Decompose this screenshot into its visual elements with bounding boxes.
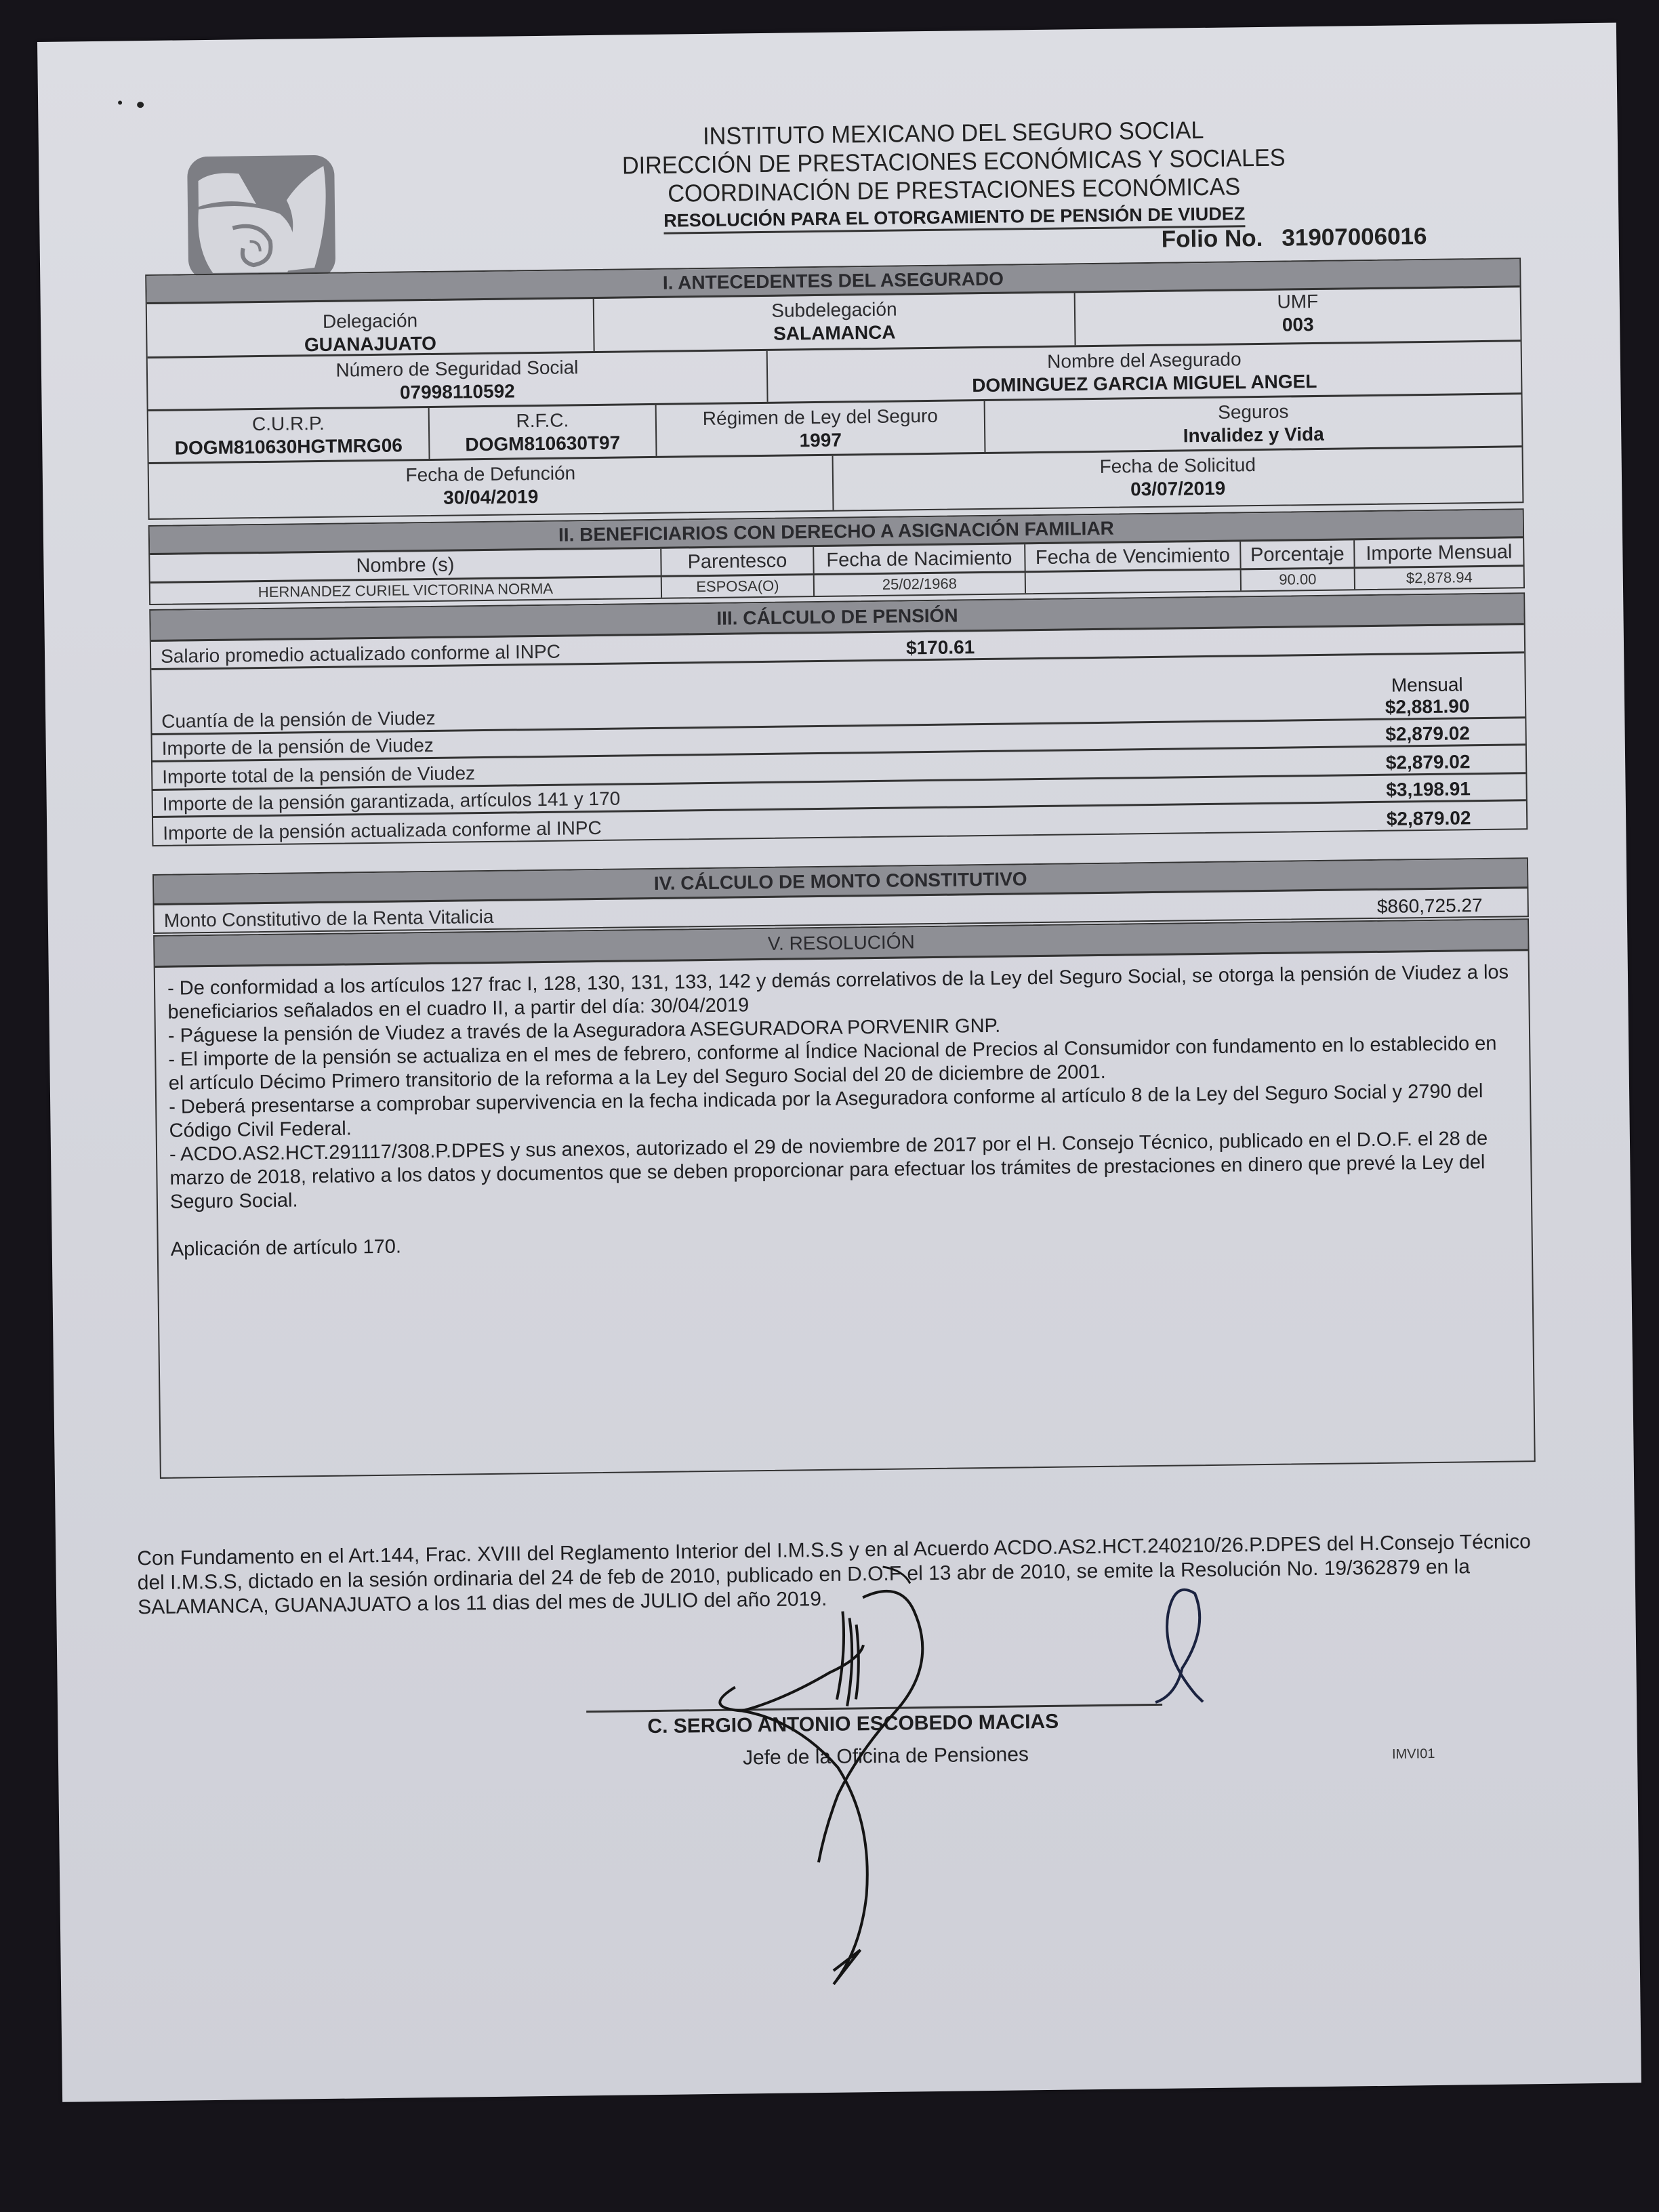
- umf-cell: UMF 003: [1076, 287, 1521, 345]
- importe-total-value: $2,879.02: [1340, 750, 1516, 774]
- resolution-body: - De conformidad a los artículos 127 fra…: [155, 951, 1534, 1477]
- regimen-value: 1997: [661, 427, 980, 454]
- delegacion-cell: Delegación GUANAJUATO: [147, 299, 595, 356]
- column-header: Fecha de Nacimiento: [814, 544, 1025, 573]
- fecha-solicitud-cell: Fecha de Solicitud 03/07/2019: [834, 447, 1523, 510]
- cuantia-label: Cuantía de la pensión de Viudez: [161, 707, 436, 733]
- signer-role: Jefe de la Oficina de Pensiones: [743, 1743, 1029, 1769]
- pension-garantizada-value: $3,198.91: [1340, 777, 1516, 801]
- curp-value: DOGM810630HGTMRG06: [152, 434, 424, 460]
- folio-label: Folio No.: [1161, 225, 1263, 253]
- beneficiary-expiry-date: [1026, 570, 1242, 593]
- rfc-label: R.F.C.: [434, 408, 651, 434]
- beneficiary-birthdate: 25/02/1968: [815, 573, 1026, 596]
- document-title: RESOLUCIÓN PARA EL OTORGAMIENTO DE PENSI…: [663, 202, 1245, 234]
- pension-garantizada-label: Importe de la pensión garantizada, artíc…: [163, 787, 621, 816]
- section-beneficiarios: II. BENEFICIARIOS CON DERECHO A ASIGNACI…: [148, 508, 1525, 605]
- column-header: Importe Mensual: [1355, 538, 1523, 567]
- umf-value: 003: [1080, 310, 1516, 339]
- curp-cell: C.U.R.P. DOGM810630HGTMRG06: [148, 408, 430, 462]
- speck-mark: [137, 102, 144, 108]
- signature-line: [586, 1704, 1162, 1713]
- pension-actualizada-value: $2,879.02: [1340, 806, 1517, 830]
- column-header: Parentesco: [661, 547, 814, 575]
- fecha-defuncion-cell: Fecha de Defunción 30/04/2019: [149, 456, 834, 518]
- form-code: IMVI01: [1392, 1746, 1435, 1763]
- seguros-cell: Seguros Invalidez y Vida: [985, 394, 1522, 452]
- beneficiary-monthly-amount: $2,878.94: [1355, 567, 1523, 589]
- legal-footer: Con Fundamento en el Art.144, Frac. XVII…: [137, 1530, 1561, 1620]
- subdelegacion-value: SALAMANCA: [598, 319, 1070, 348]
- section-resolucion: V. RESOLUCIÓN - De conformidad a los art…: [153, 918, 1536, 1479]
- rfc-value: DOGM810630T97: [434, 431, 651, 457]
- imss-eagle-logo-icon: [184, 152, 338, 283]
- column-header: Nombre (s): [150, 549, 661, 581]
- salario-value: $170.61: [906, 635, 1082, 659]
- section-antecedentes: I. ANTECEDENTES DEL ASEGURADO Delegación…: [145, 258, 1523, 520]
- column-header: Fecha de Vencimiento: [1025, 541, 1241, 571]
- pension-actualizada-label: Importe de la pensión actualizada confor…: [163, 817, 602, 845]
- nss-cell: Número de Seguridad Social 07998110592: [148, 351, 769, 409]
- monto-value: $860,725.27: [1342, 894, 1518, 918]
- folio: Folio No.31907006016: [1161, 223, 1427, 253]
- importe-value: $2,879.02: [1339, 722, 1515, 745]
- signer-name: C. SERGIO ANTONIO ESCOBEDO MACIAS: [647, 1711, 1059, 1738]
- folio-number: 31907006016: [1282, 223, 1427, 251]
- column-header: Porcentaje: [1241, 540, 1355, 568]
- rfc-cell: R.F.C. DOGM810630T97: [430, 405, 657, 459]
- document-page: INSTITUTO MEXICANO DEL SEGURO SOCIAL DIR…: [37, 23, 1641, 2102]
- speck-mark: [118, 100, 122, 104]
- beneficiary-percentage: 90.00: [1242, 569, 1355, 590]
- mensual-label: Mensual: [1339, 673, 1515, 697]
- importe-label: Importe de la pensión de Viudez: [162, 734, 434, 760]
- subdelegacion-cell: Subdelegación SALAMANCA: [594, 293, 1076, 351]
- curp-label: C.U.R.P.: [152, 411, 424, 437]
- document-header: INSTITUTO MEXICANO DEL SEGURO SOCIAL DIR…: [513, 114, 1395, 237]
- nombre-asegurado-cell: Nombre del Asegurado DOMINGUEZ GARCIA MI…: [768, 342, 1521, 402]
- monto-label: Monto Constitutivo de la Renta Vitalicia: [164, 905, 494, 933]
- regimen-cell: Régimen de Ley del Seguro 1997: [657, 401, 986, 456]
- beneficiary-relationship: ESPOSA(O): [662, 575, 815, 598]
- cuantia-amount: Mensual $2,881.90: [1339, 673, 1516, 718]
- cuantia-value: $2,881.90: [1339, 695, 1515, 718]
- regimen-label: Régimen de Ley del Seguro: [661, 404, 980, 431]
- importe-total-label: Importe total de la pensión de Viudez: [162, 762, 475, 789]
- section-calculo-pension: III. CÁLCULO DE PENSIÓN Salario promedio…: [149, 592, 1528, 846]
